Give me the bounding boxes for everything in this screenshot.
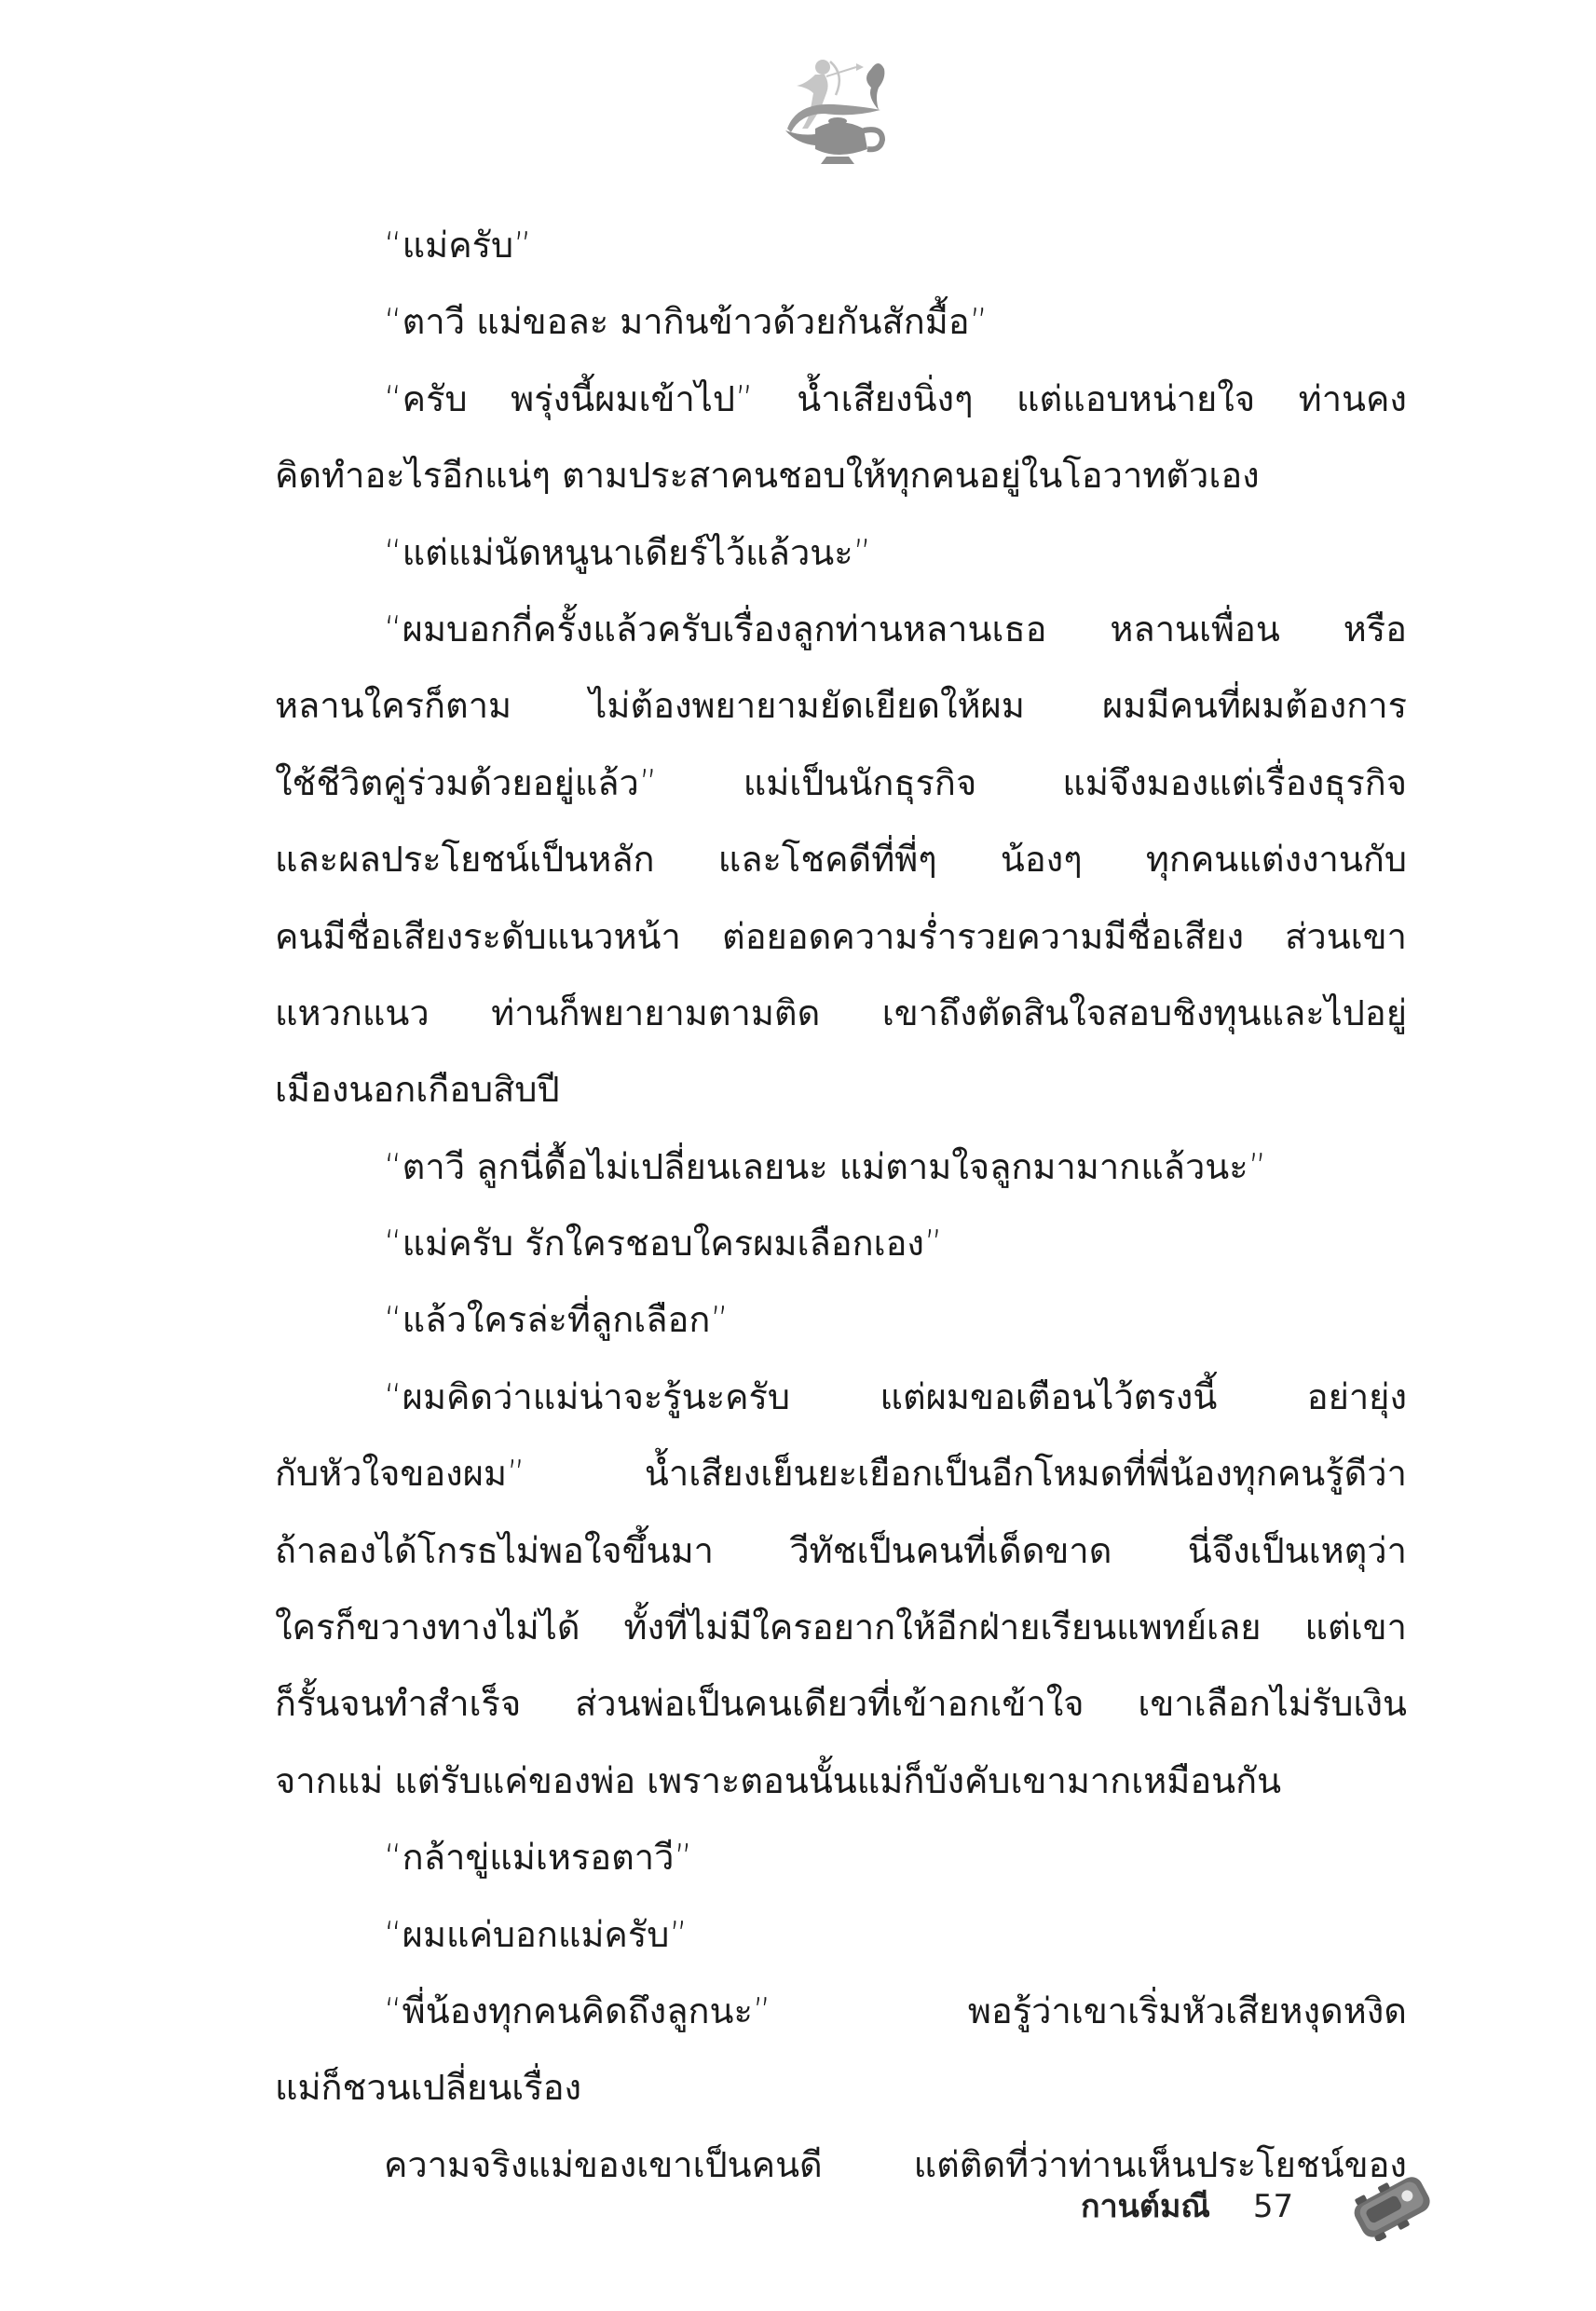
text-line: กับหัวใจของผม” น้ำเสียงเย็นยะเยือกเป็นอี… bbox=[275, 1435, 1407, 1511]
text-line: แม่ก็ชวนเปลี่ยนเรื่อง bbox=[275, 2049, 1407, 2126]
jewel-box-icon bbox=[1342, 2171, 1444, 2241]
page-number: 57 bbox=[1253, 2188, 1293, 2225]
text-line: “กล้าขู่แม่เหรอตาวี” bbox=[275, 1819, 1407, 1895]
text-line: “ตาวี แม่ขอละ มากินข้าวด้วยกันสักมื้อ” bbox=[275, 283, 1407, 360]
text-line: “แล้วใครล่ะที่ลูกเลือก” bbox=[275, 1281, 1407, 1358]
text-line: “พี่น้องทุกคนคิดถึงลูกนะ” พอรู้ว่าเขาเริ… bbox=[275, 1973, 1407, 2049]
text-line: แหวกแนว ท่านก็พยายามตามติด เขาถึงตัดสินใ… bbox=[275, 975, 1407, 1051]
text-line: ถ้าลองได้โกรธไม่พอใจขึ้นมา วีทัชเป็นคนที… bbox=[275, 1512, 1407, 1589]
text-line: ใครก็ขวางทางไม่ได้ ทั้งที่ไม่มีใครอยากให… bbox=[275, 1589, 1407, 1665]
text-line: “แต่แม่นัดหนูนาเดียร์ไว้แล้วนะ” bbox=[275, 514, 1407, 591]
text-line: จากแม่ แต่รับแค่ของพ่อ เพราะตอนนั้นแม่ก็… bbox=[275, 1743, 1407, 1819]
book-title: กานต์มณี bbox=[1081, 2188, 1210, 2225]
text-line: “ผมบอกกี่ครั้งแล้วครับเรื่องลูกท่านหลานเ… bbox=[275, 591, 1407, 667]
magic-lamp-cupid-icon bbox=[778, 56, 899, 172]
text-line: และผลประโยชน์เป็นหลัก และโชคดีที่พี่ๆ น้… bbox=[275, 821, 1407, 897]
text-line: ก็รั้นจนทำสำเร็จ ส่วนพ่อเป็นคนเดียวที่เข… bbox=[275, 1665, 1407, 1742]
text-line: “ครับ พรุ่งนี้ผมเข้าไป” น้ำเสียงนิ่งๆ แต… bbox=[275, 361, 1407, 437]
text-line: คนมีชื่อเสียงระดับแนวหน้า ต่อยอดความร่ำร… bbox=[275, 898, 1407, 975]
text-line: “ผมแค่บอกแม่ครับ” bbox=[275, 1896, 1407, 1973]
text-line: “ผมคิดว่าแม่น่าจะรู้นะครับ แต่ผมขอเตือนไ… bbox=[275, 1359, 1407, 1435]
page-footer: กานต์มณี 57 bbox=[1081, 2181, 1293, 2231]
book-page: “แม่ครับ” “ตาวี แม่ขอละ มากินข้าวด้วยกัน… bbox=[0, 0, 1596, 2311]
text-line: “แม่ครับ” bbox=[275, 207, 1407, 283]
text-line: เมืองนอกเกือบสิบปี bbox=[275, 1051, 1407, 1128]
body-text: “แม่ครับ” “ตาวี แม่ขอละ มากินข้าวด้วยกัน… bbox=[275, 207, 1407, 2203]
text-line: “แม่ครับ รักใครชอบใครผมเลือกเอง” bbox=[275, 1205, 1407, 1281]
text-line: คิดทำอะไรอีกแน่ๆ ตามประสาคนชอบให้ทุกคนอย… bbox=[275, 437, 1407, 513]
text-line: “ตาวี ลูกนี่ดื้อไม่เปลี่ยนเลยนะ แม่ตามใจ… bbox=[275, 1128, 1407, 1205]
text-line: หลานใครก็ตาม ไม่ต้องพยายามยัดเยียดให้ผม … bbox=[275, 667, 1407, 744]
text-line: ใช้ชีวิตคู่ร่วมด้วยอยู่แล้ว” แม่เป็นนักธ… bbox=[275, 745, 1407, 821]
